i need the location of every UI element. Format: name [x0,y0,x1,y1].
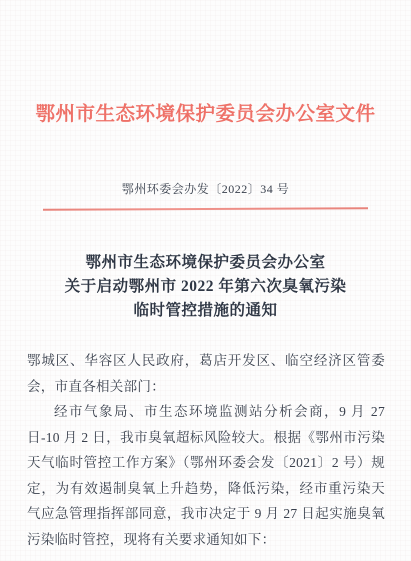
notice-title-line-3: 临时管控措施的通知 [0,299,411,323]
notice-title: 鄂州市生态环境保护委员会办公室 关于启动鄂州市 2022 年第六次臭氧污染 临时… [0,251,411,323]
document-number: 鄂州环委会办发〔2022〕34 号 [0,182,411,196]
notice-title-line-2: 关于启动鄂州市 2022 年第六次臭氧污染 [0,275,411,299]
document-letterhead-title: 鄂州市生态环境保护委员会办公室文件 [0,0,411,132]
red-divider-line [43,207,368,210]
body-paragraph: 经市气象局、市生态环境监测站分析会商，9 月 27 日-10 月 2 日，我市臭… [27,399,385,552]
document-body: 鄂城区、华容区人民政府，葛店开发区、临空经济区管委会，市直各相关部门： 经市气象… [27,348,385,552]
notice-title-line-1: 鄂州市生态环境保护委员会办公室 [0,251,411,275]
recipients-salutation: 鄂城区、华容区人民政府，葛店开发区、临空经济区管委会，市直各相关部门： [27,348,385,399]
document-page: 鄂州市生态环境保护委员会办公室文件 鄂州环委会办发〔2022〕34 号 鄂州市生… [0,0,411,561]
